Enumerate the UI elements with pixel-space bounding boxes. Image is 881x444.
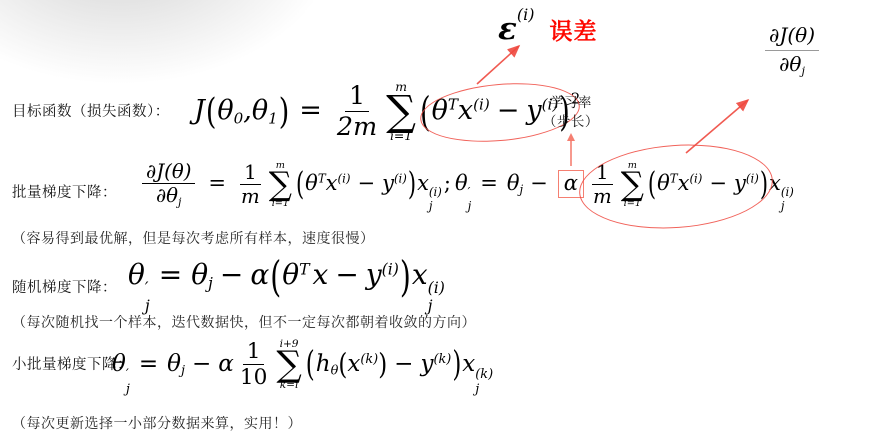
math-token: , [243, 95, 252, 126]
math-token: − [530, 171, 548, 195]
paren: ) [400, 251, 411, 301]
math-token: (i) [394, 172, 407, 186]
math-token: θ [455, 171, 468, 195]
sub-sup-stack: ′j [126, 368, 130, 398]
fraction: ∂J(θ)∂θj [142, 160, 195, 209]
math-token: (k) [433, 352, 451, 367]
learning-rate-annotation: 学习率（步长） [543, 94, 599, 168]
math-token: − [220, 258, 243, 291]
math-token: θ [331, 364, 339, 379]
math-token: θ [112, 351, 126, 377]
learning-rate-label: 学习率（步长） [543, 94, 599, 132]
math-token: y [366, 258, 382, 291]
summation: m∑i=1 [269, 160, 292, 209]
math-token: j [181, 364, 185, 379]
math-token: j [520, 182, 524, 196]
math-token: x [412, 258, 428, 291]
batch-note: （容易得到最优解，但是每次考虑所有样本，速度很慢） [12, 228, 375, 248]
fraction: 1m [591, 161, 614, 209]
math-token: − [709, 171, 727, 195]
sgd-label: 随机梯度下降： [12, 276, 117, 297]
math-token: ; [444, 171, 451, 195]
math-token: 0 [234, 109, 244, 127]
sub-sup-stack: (k)j [475, 368, 493, 398]
epsilon-superscript: (i) [517, 7, 535, 23]
sub-sup-stack: ′j [468, 186, 472, 213]
fraction: 12m [335, 81, 379, 142]
paren: ) [279, 92, 290, 132]
paren: ) [378, 348, 387, 381]
error-label: 误差 [549, 13, 597, 46]
math-token: α [250, 258, 269, 291]
sub-sup-stack: (i)j [781, 186, 794, 213]
math-token: T [670, 172, 678, 186]
math-token: x [326, 171, 338, 195]
fraction: 110 [238, 339, 270, 391]
summation: i+9∑k=i [276, 338, 301, 392]
paren: ( [648, 166, 656, 202]
math-token: − [192, 351, 211, 377]
math-token: x [347, 351, 360, 377]
sub-sup-stack: (i)j [429, 186, 442, 213]
gradient-term-ellipse: 1mm∑i=1(θTx(i)−y(i)) [587, 160, 769, 209]
math-token: θ [305, 171, 318, 195]
math-token: θ [217, 95, 233, 126]
math-token: x [417, 171, 429, 195]
gradient-fraction-annotation: ∂J(θ) ∂θj [750, 22, 834, 78]
objective-formula: J(θ0,θ1)=12mm∑i=1(θTx(i)−y(i))2 [194, 80, 580, 143]
math-token: y [734, 171, 746, 195]
epsilon-symbol: ε [498, 14, 517, 45]
paren: ( [206, 92, 217, 132]
math-token: θ [191, 258, 208, 291]
alpha-symbol: α [564, 171, 578, 195]
math-token: = [208, 171, 226, 195]
math-token: (i) [382, 259, 399, 278]
math-token: 1 [268, 109, 278, 127]
math-token: (i) [338, 172, 351, 186]
sub-sup-stack: (i)j [428, 279, 445, 315]
math-token: (k) [360, 352, 378, 367]
fraction: 1m [239, 161, 262, 209]
math-token: θ [167, 351, 181, 377]
math-token: − [497, 95, 520, 126]
paren: ) [452, 346, 461, 385]
math-token: y [382, 171, 394, 195]
gradient-denominator: ∂θj [750, 51, 834, 78]
math-token: α [218, 351, 234, 377]
batch-formula: ∂J(θ)∂θj=1mm∑i=1(θTx(i)−y(i))x(i)j;θ′j=θ… [138, 160, 794, 213]
math-token: x [678, 171, 690, 195]
math-token: θ [432, 95, 448, 126]
math-token: θ [282, 258, 299, 291]
math-token: − [335, 258, 358, 291]
epsilon-annotation: ε (i) 误差 [498, 5, 597, 46]
paren: ( [306, 346, 315, 385]
gradient-numerator: ∂J(θ) [765, 22, 819, 51]
paren: ( [270, 251, 281, 301]
math-token: = [139, 351, 158, 377]
math-token: (i) [689, 172, 702, 186]
math-token: y [420, 351, 433, 377]
arrow-to-epsilon-icon [477, 46, 519, 84]
batch-label: 批量梯度下降： [12, 181, 117, 202]
math-token: − [357, 171, 375, 195]
paren: ) [760, 166, 768, 202]
math-token: J [194, 95, 205, 126]
alpha-highlight-box: 学习率（步长）α [558, 170, 584, 198]
math-token: = [159, 258, 182, 291]
sgd-formula: θ′j=θj−α(θTx−y(i))x(i)j [128, 258, 445, 315]
paren: ( [420, 89, 431, 136]
math-token: T [299, 259, 309, 278]
math-token: = [480, 171, 498, 195]
math-token: x [313, 258, 329, 291]
math-token: h [316, 351, 331, 377]
math-token: θ [252, 95, 268, 126]
math-token: T [448, 96, 458, 114]
math-token: − [394, 351, 413, 377]
sgd-note: （每次随机找一个样本，迭代数据快，但不一定每次都朝着收敛的方向） [12, 312, 476, 332]
paren: ( [296, 166, 304, 202]
arrow-up-icon [564, 132, 578, 168]
summation: m∑i=1 [621, 160, 644, 209]
arrow-to-gradient-icon [686, 100, 748, 153]
sub-sup-stack: ′j [145, 279, 150, 315]
math-token: x [769, 171, 781, 195]
math-token: y [526, 95, 541, 126]
math-token: (i) [746, 172, 759, 186]
math-token: x [462, 351, 475, 377]
math-token: θ [507, 171, 520, 195]
paren: ( [338, 348, 347, 381]
math-token: θ [657, 171, 670, 195]
slide-gradient-descent: { "colors": {"annotation_red": "#ee483e"… [0, 0, 881, 444]
math-token: = [299, 95, 322, 126]
math-token: x [458, 95, 473, 126]
objective-label: 目标函数（损失函数）： [12, 100, 170, 121]
math-token: T [318, 172, 326, 186]
math-token: (i) [473, 96, 490, 114]
paren: ) [408, 166, 416, 202]
math-token: j [208, 274, 213, 293]
minibatch-formula: θ′j=θj−α110i+9∑k=i(hθ(x(k))−y(k))x(k)j [112, 338, 493, 397]
summation: m∑i=1 [386, 80, 416, 143]
minibatch-note: （每次更新选择一小部分数据来算，实用！） [12, 413, 302, 433]
math-token: θ [128, 258, 145, 291]
